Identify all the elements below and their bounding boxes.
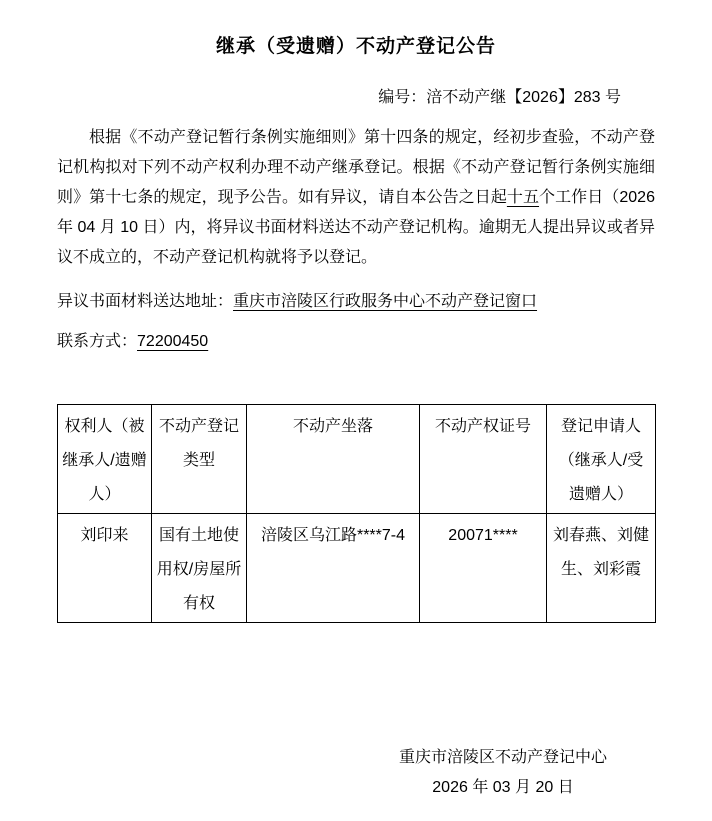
- table-cell: 20071****: [420, 514, 547, 623]
- table-header-cell: 不动产坐落: [247, 405, 420, 514]
- page-title: 继承（受遗赠）不动产登记公告: [57, 35, 655, 59]
- signature-block: 重庆市涪陵区不动产登记中心 2026 年 03 月 20 日: [351, 743, 655, 803]
- table-cell: 刘春燕、刘健生、刘彩霞: [547, 514, 656, 623]
- table-cell: 涪陵区乌江路****7-4: [247, 514, 420, 623]
- table-header-row: 权利人（被继承人/遗赠人）不动产登记类型不动产坐落不动产权证号登记申请人（继承人…: [58, 405, 656, 514]
- table-header-cell: 登记申请人（继承人/受遗赠人）: [547, 405, 656, 514]
- registration-table: 权利人（被继承人/遗赠人）不动产登记类型不动产坐落不动产权证号登记申请人（继承人…: [57, 404, 656, 623]
- table-header-cell: 不动产权证号: [420, 405, 547, 514]
- table-cell: 刘印来: [58, 514, 152, 623]
- table-header-cell: 权利人（被继承人/遗赠人）: [58, 405, 152, 514]
- contact-phone-value: 72200450: [137, 333, 208, 350]
- contact-line: 联系方式：72200450: [57, 327, 655, 357]
- table-cell: 国有土地使用权/房屋所有权: [152, 514, 247, 623]
- doc-number: 编号：涪不动产继【2026】283 号: [57, 88, 655, 108]
- objection-address-label: 异议书面材料送达地址：: [57, 293, 233, 310]
- table-header-cell: 不动产登记类型: [152, 405, 247, 514]
- objection-address-value: 重庆市涪陵区行政服务中心不动产登记窗口: [233, 293, 537, 310]
- contact-label: 联系方式：: [57, 333, 137, 350]
- footer-date: 2026 年 03 月 20 日: [351, 773, 655, 803]
- table-row: 刘印来国有土地使用权/房屋所有权涪陵区乌江路****7-420071****刘春…: [58, 514, 656, 623]
- notice-body: 根据《不动产登记暂行条例实施细则》第十四条的规定，经初步查验，不动产登记机构拟对…: [57, 123, 655, 273]
- table-body: 刘印来国有土地使用权/房屋所有权涪陵区乌江路****7-420071****刘春…: [58, 514, 656, 623]
- notice-document: 继承（受遗赠）不动产登记公告 编号：涪不动产继【2026】283 号 根据《不动…: [0, 0, 712, 821]
- footer-org-name: 重庆市涪陵区不动产登记中心: [351, 743, 655, 773]
- objection-address-line: 异议书面材料送达地址：重庆市涪陵区行政服务中心不动产登记窗口: [57, 287, 655, 317]
- deadline-underlined-text: 十五: [507, 189, 539, 206]
